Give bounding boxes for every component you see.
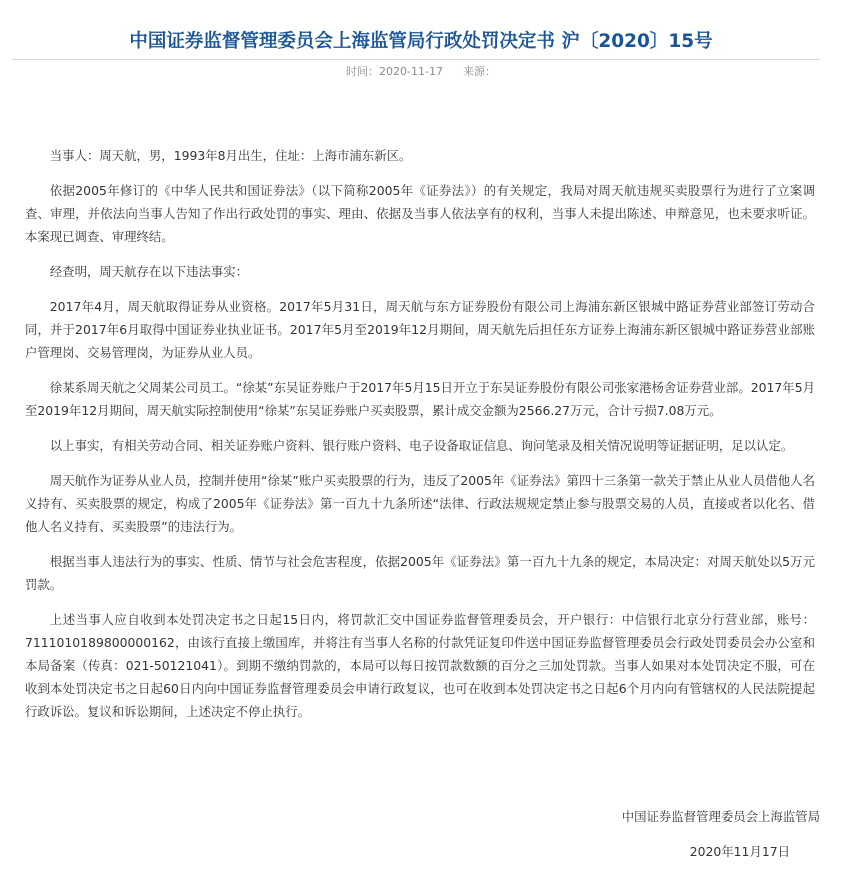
legal-basis-paragraph: 依据2005年修订的《中华人民共和国证券法》（以下简称2005年《证券法》）的有…	[25, 179, 815, 248]
findings-intro-paragraph: 经查明，周天航存在以下违法事实：	[25, 260, 815, 283]
document-body: 当事人：周天航，男，1993年8月出生，住址：上海市浦东新区。 依据2005年修…	[25, 144, 815, 735]
issuing-organization: 中国证券监督管理委员会上海监管局	[622, 805, 820, 828]
signoff-block: 中国证券监督管理委员会上海监管局 2020年11月17日	[622, 805, 820, 863]
publish-time: 时间：2020-11-17	[346, 64, 443, 80]
source-label: 来源：	[463, 64, 496, 80]
employment-facts-paragraph: 2017年4月，周天航取得证券从业资格。2017年5月31日，周天航与东方证券股…	[25, 295, 815, 364]
violation-paragraph: 周天航作为证券从业人员，控制并使用“徐某”账户买卖股票的行为，违反了2005年《…	[25, 469, 815, 538]
payment-instructions-paragraph: 上述当事人应自收到本处罚决定书之日起15日内，将罚款汇交中国证券监督管理委员会，…	[25, 608, 815, 723]
decision-paragraph: 根据当事人违法行为的事实、性质、情节与社会危害程度，依据2005年《证券法》第一…	[25, 550, 815, 596]
article-meta: 时间：2020-11-17来源：	[0, 64, 842, 80]
account-facts-paragraph: 徐某系周天航之父周某公司员工。“徐某”东吴证券账户于2017年5月15日开立于东…	[25, 376, 815, 422]
party-info-paragraph: 当事人：周天航，男，1993年8月出生，住址：上海市浦东新区。	[25, 144, 815, 167]
evidence-paragraph: 以上事实，有相关劳动合同、相关证券账户资料、银行账户资料、电子设备取证信息、询问…	[25, 434, 815, 457]
document-title: 中国证券监督管理委员会上海监管局行政处罚决定书 沪〔2020〕15号	[0, 28, 842, 56]
issue-date: 2020年11月17日	[622, 840, 790, 863]
header-divider	[12, 59, 820, 60]
